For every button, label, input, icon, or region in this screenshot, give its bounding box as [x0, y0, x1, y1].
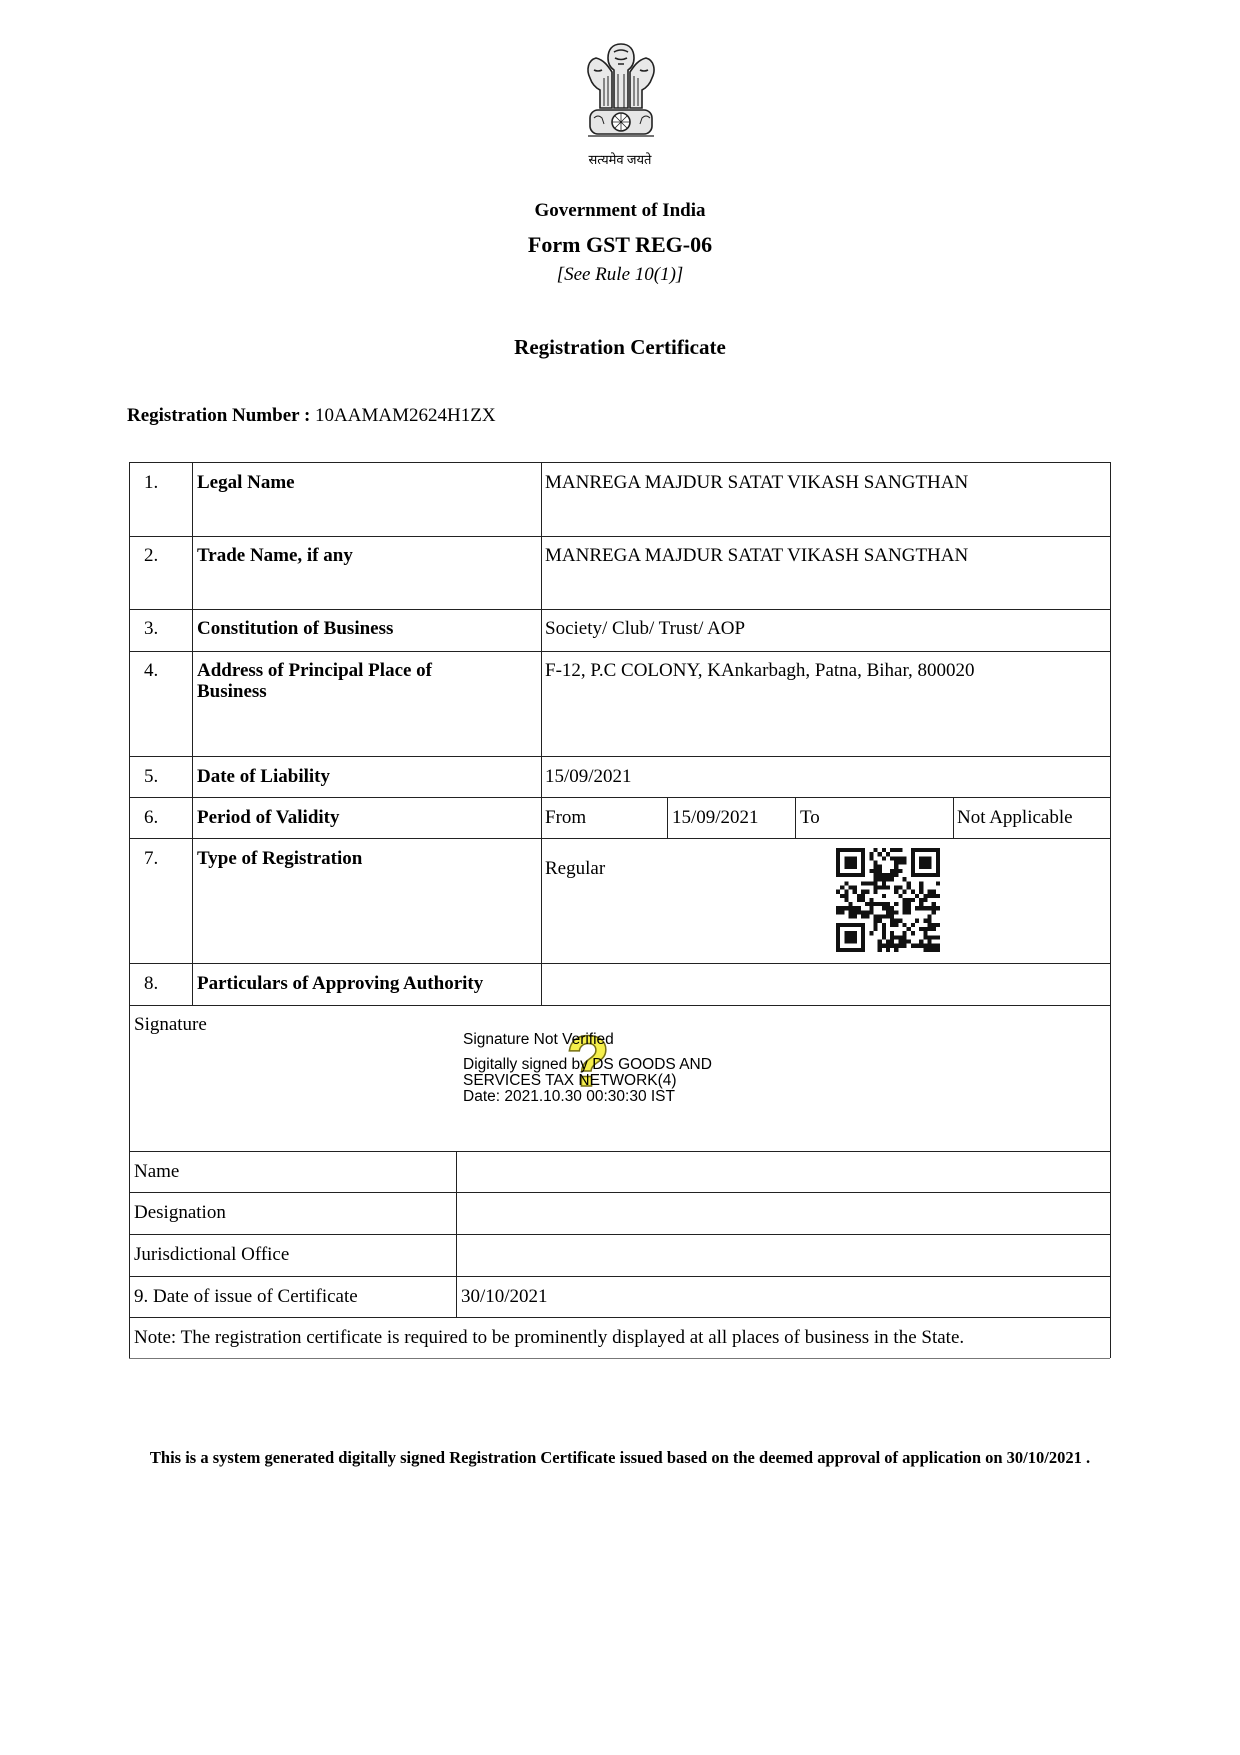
date-of-liability-label: Date of Liability	[197, 766, 330, 787]
table-border	[1110, 462, 1111, 1358]
row-number: 5.	[144, 766, 158, 787]
signature-status: Signature Not Verified	[463, 1032, 614, 1048]
column-divider	[667, 797, 668, 838]
row-divider	[129, 756, 1110, 757]
table-border	[129, 462, 130, 1358]
row-divider	[129, 1005, 1110, 1006]
signature-signed-by-line1: Digitally signed by DS GOODS AND	[463, 1057, 712, 1073]
trade-name-label: Trade Name, if any	[197, 545, 353, 566]
validity-to-label: To	[800, 807, 820, 828]
row-number: 8.	[144, 973, 158, 994]
validity-from-value: 15/09/2021	[672, 807, 759, 828]
period-of-validity-label: Period of Validity	[197, 807, 340, 828]
column-divider	[953, 797, 954, 838]
ashoka-lion-emblem-icon	[578, 38, 664, 156]
authority-name-label: Name	[134, 1161, 179, 1182]
row-divider	[129, 1234, 1110, 1235]
row-number: 4.	[144, 660, 158, 681]
jurisdictional-office-label: Jurisdictional Office	[134, 1244, 289, 1265]
trade-name-value: MANREGA MAJDUR SATAT VIKASH SANGTHAN	[545, 545, 968, 566]
type-of-registration-value: Regular	[545, 858, 605, 879]
row-divider	[129, 1317, 1110, 1318]
date-of-issue-label: 9. Date of issue of Certificate	[134, 1286, 358, 1307]
form-title: Form GST REG-06	[0, 232, 1240, 258]
table-border	[129, 1358, 1110, 1359]
row-divider	[129, 609, 1110, 610]
display-note: Note: The registration certificate is re…	[134, 1327, 964, 1348]
row-divider	[129, 651, 1110, 652]
address-label-line2: Business	[197, 681, 432, 702]
signature-label: Signature	[134, 1014, 207, 1035]
registration-number-value: 10AAMAM2624H1ZX	[315, 405, 496, 426]
row-divider	[129, 1192, 1110, 1193]
row-divider	[129, 838, 1110, 839]
certificate-title: Registration Certificate	[0, 335, 1240, 360]
row-number: 6.	[144, 807, 158, 828]
signature-signed-by-line2: SERVICES TAX NETWORK(4)	[463, 1073, 677, 1089]
constitution-label: Constitution of Business	[197, 618, 393, 639]
table-border	[129, 462, 1110, 463]
address-value: F-12, P.C COLONY, KAnkarbagh, Patna, Bih…	[545, 660, 975, 681]
registration-number-line: Registration Number : 10AAMAM2624H1ZX	[127, 405, 496, 427]
column-divider	[456, 1151, 457, 1317]
address-label-line1: Address of Principal Place of	[197, 660, 432, 681]
row-divider	[129, 1276, 1110, 1277]
legal-name-value: MANREGA MAJDUR SATAT VIKASH SANGTHAN	[545, 472, 968, 493]
validity-to-value: Not Applicable	[957, 807, 1073, 828]
date-of-liability-value: 15/09/2021	[545, 766, 632, 787]
validity-from-label: From	[545, 807, 586, 828]
constitution-value: Society/ Club/ Trust/ AOP	[545, 618, 745, 639]
column-divider	[192, 462, 193, 1005]
date-of-issue-value: 30/10/2021	[461, 1286, 548, 1307]
row-number: 1.	[144, 472, 158, 493]
rule-reference: [See Rule 10(1)]	[0, 264, 1240, 286]
registration-number-label: Registration Number :	[127, 405, 310, 426]
emblem-motto: सत्यमेव जयते	[0, 150, 1240, 168]
qr-code-icon	[836, 848, 940, 952]
column-divider	[541, 462, 542, 1005]
row-divider	[129, 536, 1110, 537]
legal-name-label: Legal Name	[197, 472, 295, 493]
approving-authority-label: Particulars of Approving Authority	[197, 973, 483, 994]
row-divider	[129, 797, 1110, 798]
system-generated-footer: This is a system generated digitally sig…	[0, 1448, 1240, 1468]
row-divider	[129, 963, 1110, 964]
signature-date: Date: 2021.10.30 00:30:30 IST	[463, 1089, 675, 1105]
column-divider	[795, 797, 796, 838]
type-of-registration-label: Type of Registration	[197, 848, 362, 869]
authority-designation-label: Designation	[134, 1202, 226, 1223]
row-number: 3.	[144, 618, 158, 639]
row-number: 7.	[144, 848, 158, 869]
row-divider	[129, 1151, 1110, 1152]
government-heading: Government of India	[0, 200, 1240, 222]
row-number: 2.	[144, 545, 158, 566]
address-label: Address of Principal Place of Business	[197, 660, 432, 702]
